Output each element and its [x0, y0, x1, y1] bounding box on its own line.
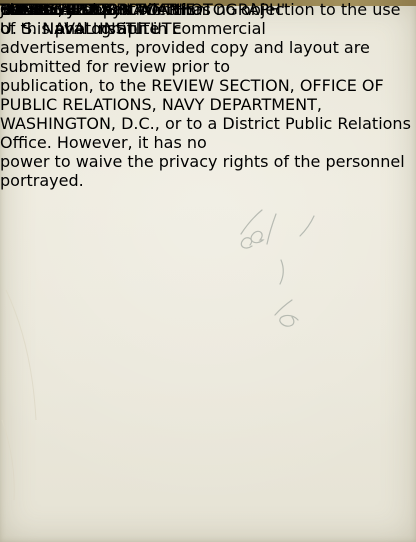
- handwritten-label: Croatan 4: [0, 0, 78, 19]
- label-sticker: Croatan 4: [0, 0, 78, 19]
- photo-verso-scan: 07163 James C. Fahey Collection U. S. Na…: [0, 0, 416, 542]
- pencil-scribbles: [0, 0, 416, 542]
